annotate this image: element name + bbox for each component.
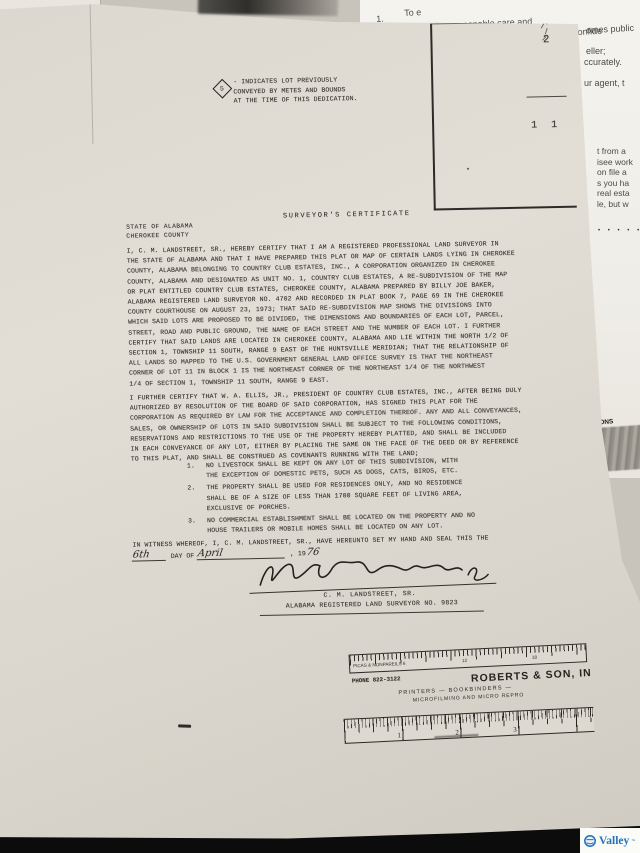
trademark-symbol: ™ xyxy=(631,838,635,843)
county-line: CHEROKEE COUNTY xyxy=(126,231,189,239)
bg-frag-eller: eller; xyxy=(586,46,606,56)
legend-note: - INDICATES LOT PREVIOUSLY CONVEYED BY M… xyxy=(233,75,358,106)
pica-12: 12 xyxy=(462,658,467,663)
surveyors-certificate-sheet: 5 - INDICATES LOT PREVIOUSLY CONVEYED BY… xyxy=(0,0,640,853)
valley-globe-icon xyxy=(583,834,597,848)
stray-mark xyxy=(178,724,191,727)
note-box-number-11: 1 1 xyxy=(531,120,561,132)
note-box-number-2: 2 xyxy=(543,34,550,46)
pica-18: 18 xyxy=(532,655,537,660)
state-line: STATE OF ALABAMA xyxy=(126,222,193,230)
condition-number: 1. xyxy=(187,461,206,482)
page-fold-line xyxy=(90,4,94,144)
bg-frag-ccurately: ccurately. xyxy=(584,57,622,67)
conditions-list: 1. NO LIVESTOCK SHALL BE KEPT ON ANY LOT… xyxy=(187,454,557,537)
condition-text: THE PROPERTY SHALL BE USED FOR RESIDENCE… xyxy=(206,476,557,514)
pica-label: PICAS & NONPAREILS 6 xyxy=(353,661,406,669)
handwritten-day: 6th xyxy=(132,549,168,562)
certificate-paragraph-2: I FURTHER CERTIFY THAT W. A. ELLIS, JR.,… xyxy=(129,385,582,465)
condition-item: 2. THE PROPERTY SHALL BE USED FOR RESIDE… xyxy=(187,476,557,514)
valley-logo: Valley™ xyxy=(580,828,640,853)
inch-ruler-ticks xyxy=(344,708,595,743)
inch-number-1: 1 xyxy=(397,731,401,739)
lot-marker-diamond-icon: 5 xyxy=(212,79,232,99)
signatory-title: ALABAMA REGISTERED LAND SURVEYOR NO. 982… xyxy=(286,599,458,609)
note-box-line xyxy=(527,96,567,98)
inch-number-3: 3 xyxy=(513,726,517,734)
signatory-name: C. M. LANDSTREET, SR. xyxy=(323,590,416,599)
certificate-paragraph-1: I, C. M. LANDSTREET, SR., HEREBY CERTIFY… xyxy=(126,238,581,390)
scanned-document-photo: 1. To e 2. To exercise reasonable care a… xyxy=(0,0,640,853)
bg-dotted-line: • • • • • • xyxy=(598,226,640,236)
bg-frag-agent: ur agent, t xyxy=(584,78,625,88)
day-of-label: DAY OF xyxy=(167,552,199,561)
bg-list-item-1-text: To e xyxy=(404,7,422,18)
condition-number: 3. xyxy=(188,516,207,537)
title-underline xyxy=(260,611,484,616)
margin-note-box: 2 1 1 xyxy=(430,21,577,211)
printer-ruler-block: PICAS & NONPAREILS 6 12 18 PHONE 822-312… xyxy=(349,643,591,743)
lot-marker-number: 5 xyxy=(220,85,224,92)
scan-shadow-smudge xyxy=(198,0,338,16)
stray-dot xyxy=(467,168,469,170)
company-name: ROBERTS & SON, IN xyxy=(471,667,592,685)
inch-ruler: 1 2 3 xyxy=(344,707,595,744)
valley-brand-text: Valley xyxy=(599,835,629,847)
condition-number: 2. xyxy=(187,484,207,515)
bg-frag-column: t from a isee work on file a s you ha re… xyxy=(597,146,633,209)
bg-frag-omes: omes public xyxy=(586,23,634,36)
certificate-title: SURVEYOR'S CERTIFICATE xyxy=(283,210,411,221)
